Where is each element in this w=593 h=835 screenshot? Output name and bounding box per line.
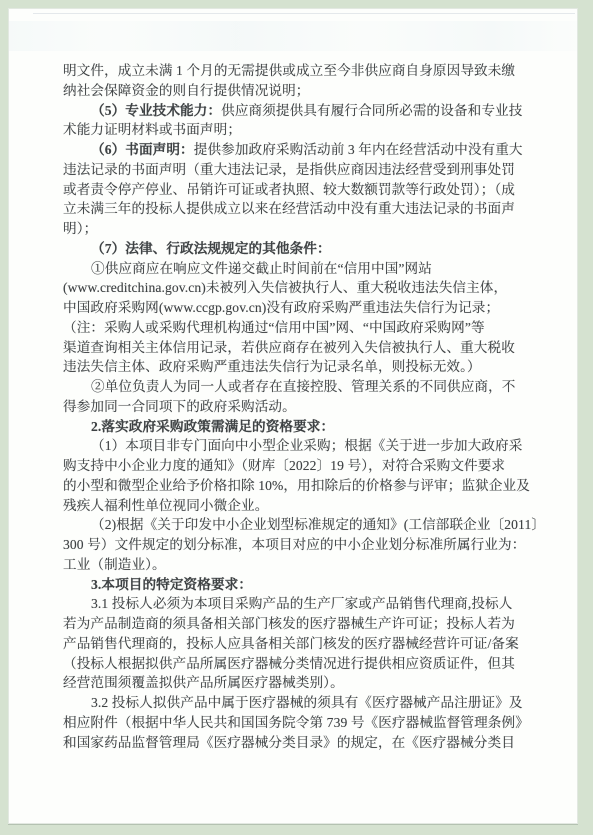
body-text: 经营范围须覆盖拟供产品所属医疗器械类别）。 bbox=[63, 675, 344, 690]
body-text: 3.1 投标人必须为本项目采购产品的生产厂家或产品销售代理商,投标人 bbox=[91, 596, 512, 611]
body-text: 残疾人福利性单位视同小微企业。 bbox=[63, 498, 268, 513]
body-text: 和国家药品监督管理局《医疗器械分类目录》的规定，在《医疗器械分类目 bbox=[63, 735, 515, 750]
body-text: 渠道查询相关主体信用记录，若供应商存在被列入失信被执行人、重大税收 bbox=[63, 340, 515, 355]
body-text: 供应商须提供具有履行合同所必需的设备和专业技 bbox=[221, 103, 522, 118]
body-text: ①供应商应在响应文件递交截止时间前在“信用中国”网站 bbox=[91, 261, 432, 276]
document-line: 残疾人福利性单位视同小微企业。 bbox=[63, 496, 541, 516]
body-text: 相应附件（根据中华人民共和国国务院令第 739 号《医疗器械监督管理条例》 bbox=[63, 715, 529, 730]
document-line: 3.1 投标人必须为本项目采购产品的生产厂家或产品销售代理商,投标人 bbox=[63, 594, 541, 614]
body-text: 或者责令停产停业、吊销许可证或者执照、较大数额罚款等行政处罚）；（成 bbox=[63, 182, 515, 197]
document-line: （2)根据《关于印发中小企业划型标准规定的通知》(工信部联企业〔2011〕 bbox=[63, 515, 541, 535]
scan-background: 明文件，成立未满 1 个月的无需提供或成立至今非供应商自身原因导致未缴纳社会保障… bbox=[0, 0, 593, 835]
body-text: ②单位负责人为同一人或者存在直接控股、管理关系的不同供应商，不 bbox=[91, 379, 516, 394]
document-line: 或者责令停产停业、吊销许可证或者执照、较大数额罚款等行政处罚）；（成 bbox=[63, 180, 541, 200]
document-body: 明文件，成立未满 1 个月的无需提供或成立至今非供应商自身原因导致未缴纳社会保障… bbox=[63, 61, 541, 752]
document-line: 得参加同一合同项下的政府采购活动。 bbox=[63, 397, 541, 417]
document-line: 术能力证明材料或书面声明； bbox=[63, 120, 541, 140]
body-text: (www.creditchina.gov.cn)未被列入失信被执行人、重大税收违… bbox=[63, 280, 507, 295]
body-text: 工业（制造业）。 bbox=[63, 557, 166, 572]
heading-text: 3.本项目的特定资格要求： bbox=[91, 577, 252, 592]
document-line: 渠道查询相关主体信用记录，若供应商存在被列入失信被执行人、重大税收 bbox=[63, 338, 541, 358]
document-line: 明）； bbox=[63, 219, 541, 239]
body-text: 提供参加政府采购活动前 3 年内在经营活动中没有重大 bbox=[194, 142, 523, 157]
body-text: 产品销售代理商的，投标人应具备相关部门核发的医疗器械经营许可证/备案 bbox=[63, 636, 519, 651]
document-line: 工业（制造业）。 bbox=[63, 555, 541, 575]
body-text: 立未满三年的投标人提供成立以来在经营活动中没有重大违法记录的书面声 bbox=[63, 201, 515, 216]
body-text: 3.2 投标人拟供产品中属于医疗器械的须具有《医疗器械产品注册证》及 bbox=[91, 695, 523, 710]
document-line: 若为产品制造商的须具备相关部门核发的医疗器械生产许可证；投标人若为 bbox=[63, 614, 541, 634]
body-text: 明文件，成立未满 1 个月的无需提供或成立至今非供应商自身原因导致未缴 bbox=[63, 63, 515, 78]
document-line: 2.落实政府采购政策需满足的资格要求： bbox=[63, 417, 541, 437]
document-line: (www.creditchina.gov.cn)未被列入失信被执行人、重大税收违… bbox=[63, 278, 541, 298]
document-line: （投标人根据拟供产品所属医疗器械分类情况进行提供相应资质证件，但其 bbox=[63, 654, 541, 674]
body-text: （注：采购人或采购代理机构通过“信用中国”网、“中国政府采购网”等 bbox=[63, 320, 485, 335]
heading-text: 2.落实政府采购政策需满足的资格要求： bbox=[91, 419, 334, 434]
body-text: 术能力证明材料或书面声明； bbox=[63, 122, 241, 137]
document-line: （5）专业技术能力：供应商须提供具有履行合同所必需的设备和专业技 bbox=[63, 101, 541, 121]
body-text: 违法失信主体、政府采购严重违法失信行为记录名单，则投标无效。） bbox=[63, 359, 481, 374]
document-line: 3.2 投标人拟供产品中属于医疗器械的须具有《医疗器械产品注册证》及 bbox=[63, 693, 541, 713]
document-line: ①供应商应在响应文件递交截止时间前在“信用中国”网站 bbox=[63, 259, 541, 279]
document-line: 的小型和微型企业给予价格扣除 10%，用扣除后的价格参与评审；监狱企业及 bbox=[63, 476, 541, 496]
document-line: 中国政府采购网(www.ccgp.gov.cn)没有政府采购严重违法失信行为记录… bbox=[63, 298, 541, 318]
body-text: （投标人根据拟供产品所属医疗器械分类情况进行提供相应资质证件，但其 bbox=[63, 656, 515, 671]
document-line: 300 号）文件规定的划分标准，本项目对应的中小企业划分标准所属行业为： bbox=[63, 535, 541, 555]
body-text: （1）本项目非专门面向中小型企业采购；根据《关于进一步加大政府采 bbox=[91, 438, 522, 453]
scan-artifact-line bbox=[33, 13, 575, 14]
document-line: 产品销售代理商的，投标人应具备相关部门核发的医疗器械经营许可证/备案 bbox=[63, 634, 541, 654]
body-text: 违法记录的书面声明（重大违法记录，是指供应商因违法经营受到刑事处罚 bbox=[63, 162, 515, 177]
document-line: （6）书面声明：提供参加政府采购活动前 3 年内在经营活动中没有重大 bbox=[63, 140, 541, 160]
body-text: 纳社会保障资金的则自行提供情况说明； bbox=[63, 83, 310, 98]
document-line: 立未满三年的投标人提供成立以来在经营活动中没有重大违法记录的书面声 bbox=[63, 199, 541, 219]
document-line: 和国家药品监督管理局《医疗器械分类目录》的规定，在《医疗器械分类目 bbox=[63, 733, 541, 753]
body-text: 明）； bbox=[63, 221, 97, 236]
document-page: 明文件，成立未满 1 个月的无需提供或成立至今非供应商自身原因导致未缴纳社会保障… bbox=[8, 8, 578, 824]
document-line: 购支持中小企业力度的通知》（财库〔2022〕19 号），对符合采购文件要求 bbox=[63, 456, 541, 476]
body-text: （2)根据《关于印发中小企业划型标准规定的通知》(工信部联企业〔2011〕 bbox=[91, 517, 545, 532]
document-line: （注：采购人或采购代理机构通过“信用中国”网、“中国政府采购网”等 bbox=[63, 318, 541, 338]
document-line: 经营范围须覆盖拟供产品所属医疗器械类别）。 bbox=[63, 673, 541, 693]
document-line: （1）本项目非专门面向中小型企业采购；根据《关于进一步加大政府采 bbox=[63, 436, 541, 456]
document-line: （7）法律、行政法规规定的其他条件： bbox=[63, 239, 541, 259]
heading-text: （5）专业技术能力： bbox=[91, 103, 221, 118]
heading-text: （7）法律、行政法规规定的其他条件： bbox=[91, 241, 331, 256]
document-line: ②单位负责人为同一人或者存在直接控股、管理关系的不同供应商，不 bbox=[63, 377, 541, 397]
body-text: 中国政府采购网(www.ccgp.gov.cn)没有政府采购严重违法失信行为记录… bbox=[63, 300, 499, 315]
document-line: 违法记录的书面声明（重大违法记录，是指供应商因违法经营受到刑事处罚 bbox=[63, 160, 541, 180]
document-line: 违法失信主体、政府采购严重违法失信行为记录名单，则投标无效。） bbox=[63, 357, 541, 377]
body-text: 购支持中小企业力度的通知》（财库〔2022〕19 号），对符合采购文件要求 bbox=[63, 458, 505, 473]
body-text: 若为产品制造商的须具备相关部门核发的医疗器械生产许可证；投标人若为 bbox=[63, 616, 515, 631]
document-line: 相应附件（根据中华人民共和国国务院令第 739 号《医疗器械监督管理条例》 bbox=[63, 713, 541, 733]
document-line: 明文件，成立未满 1 个月的无需提供或成立至今非供应商自身原因导致未缴 bbox=[63, 61, 541, 81]
body-text: 300 号）文件规定的划分标准，本项目对应的中小企业划分标准所属行业为： bbox=[63, 537, 525, 552]
heading-text: （6）书面声明： bbox=[91, 142, 194, 157]
scan-artifact-band bbox=[9, 21, 577, 51]
body-text: 得参加同一合同项下的政府采购活动。 bbox=[63, 399, 296, 414]
document-line: 纳社会保障资金的则自行提供情况说明； bbox=[63, 81, 541, 101]
body-text: 的小型和微型企业给予价格扣除 10%，用扣除后的价格参与评审；监狱企业及 bbox=[63, 478, 530, 493]
document-line: 3.本项目的特定资格要求： bbox=[63, 575, 541, 595]
